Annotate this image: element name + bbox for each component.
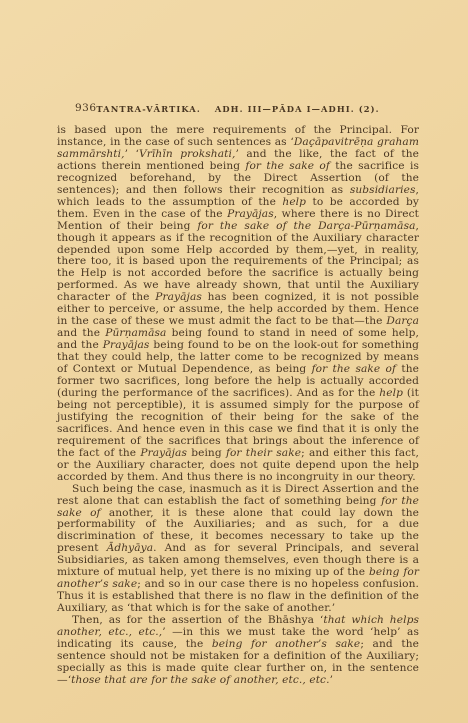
italic-text-segment: subsidiaries <box>350 184 416 196</box>
italic-text-segment: Vrīhīn prokshati, <box>139 148 235 160</box>
page-number: 936 <box>75 102 97 114</box>
text-segment: ’ ‘ <box>125 148 139 160</box>
italic-text-segment: Prayājas <box>103 339 150 351</box>
text-segment: Then, as for the assertion of the Bhāshy… <box>72 614 323 626</box>
italic-text-segment: for the sake of the Darça-Pūrṇamāsa <box>197 220 415 232</box>
text-segment: Such being the case, inasmuch as it is D… <box>57 483 419 507</box>
paragraph: is based upon the mere requirements of t… <box>57 125 419 484</box>
text-segment: ’ <box>330 674 333 686</box>
italic-text-segment: Pūrṇamāsa <box>105 327 166 339</box>
italic-text-segment: Prayājas <box>140 447 187 459</box>
italic-text-segment: for their sake <box>226 447 301 459</box>
italic-text-segment: help <box>282 196 306 208</box>
italic-text-segment: being for another’s sake <box>212 638 360 650</box>
paragraph: Such being the case, inasmuch as it is D… <box>57 484 419 615</box>
italic-text-segment: for the sake of <box>312 363 396 375</box>
italic-text-segment: those that are for the sake of another, … <box>71 674 329 686</box>
italic-text-segment: Prayājas <box>227 208 274 220</box>
paragraph: Then, as for the assertion of the Bhāshy… <box>57 615 419 687</box>
italic-text-segment: Prayājas <box>155 291 202 303</box>
text-segment: being <box>187 447 226 459</box>
italic-text-segment: for the sake of <box>245 160 330 172</box>
running-head-title: TANTRA-VĀRTIKA. <box>96 104 200 114</box>
running-head-section: ADH. III—PĀDA I—ADHI. (2). <box>215 104 380 114</box>
italic-text-segment: help <box>379 387 403 399</box>
running-head: 936 TANTRA-VĀRTIKA.ADH. III—PĀDA I—ADHI.… <box>57 102 419 116</box>
book-page: 936 TANTRA-VĀRTIKA.ADH. III—PĀDA I—ADHI.… <box>0 0 468 723</box>
running-head-text: TANTRA-VĀRTIKA.ADH. III—PĀDA I—ADHI. (2)… <box>57 102 419 114</box>
text-segment: and the <box>57 327 105 339</box>
italic-text-segment: Ādhyāya <box>107 542 154 554</box>
page-body: is based upon the mere requirements of t… <box>57 125 419 687</box>
italic-text-segment: Darça <box>386 315 419 327</box>
